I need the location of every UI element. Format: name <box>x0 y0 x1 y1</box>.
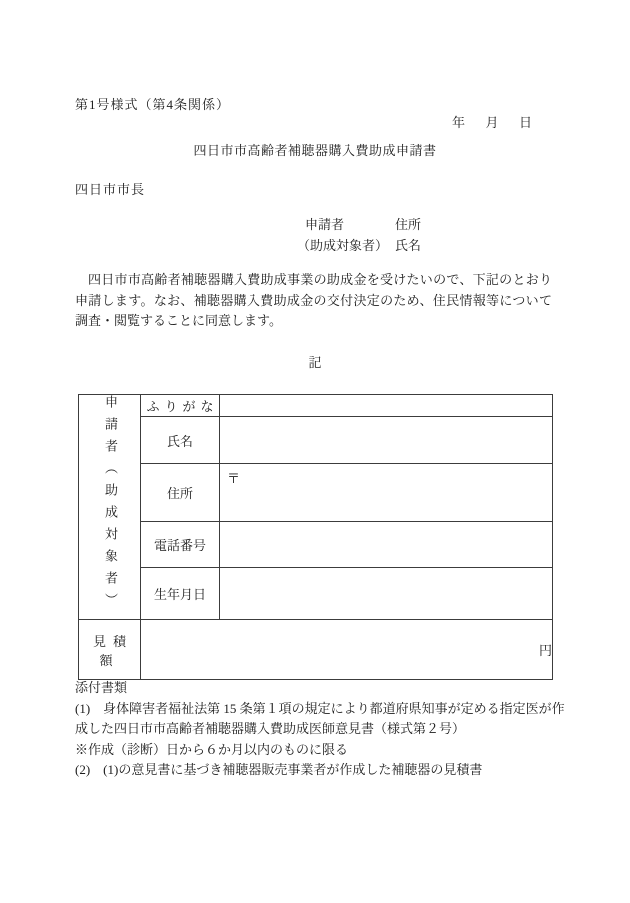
date-day-label: 日 <box>519 112 532 131</box>
attachment-line-4: (2) (1)の意見書に基づき補聴器販売事業者が作成した補聴器の見積書 <box>75 760 565 781</box>
phone-label: 電話番号 <box>141 521 220 568</box>
attachments-heading: 添付書類 <box>75 678 565 699</box>
phone-value-cell <box>220 521 553 568</box>
table-row-phone: 電話番号 <box>79 521 553 568</box>
table-row-name: 氏名 <box>79 417 553 464</box>
date-month-label: 月 <box>485 112 498 131</box>
name-field-label: 氏名 <box>395 235 421 256</box>
address-field-label: 住所 <box>395 214 421 235</box>
furigana-label: ふりがな <box>141 395 220 417</box>
document-title: 四日市市高齢者補聴器購入費助成申請書 <box>0 140 630 159</box>
form-number: 第1号様式（第4条関係） <box>75 94 230 113</box>
table-row-furigana: 申請者（助成対象者） ふりがな <box>79 395 553 417</box>
applicant-row-2: （助成対象者） 氏名 <box>297 235 421 256</box>
furigana-value-cell <box>220 395 553 417</box>
table-row-birthdate: 生年月日 <box>79 568 553 620</box>
birthdate-label: 生年月日 <box>141 568 220 620</box>
address-value-cell: 〒 <box>220 463 553 521</box>
date-line: 年 月 日 <box>452 112 532 131</box>
address-label: 住所 <box>141 463 220 521</box>
application-statement: 四日市市高齢者補聴器購入費助成事業の助成金を受けたいので、下記のとおり申請します… <box>75 270 552 332</box>
applicant-group-label: 申請者（助成対象者） <box>79 395 141 615</box>
ki-heading: 記 <box>0 352 630 371</box>
applicant-row-1: 申請者 住所 <box>297 214 421 235</box>
name-value-cell <box>220 417 553 464</box>
addressee: 四日市市長 <box>75 179 145 198</box>
date-year-label: 年 <box>452 112 465 131</box>
birthdate-value-cell <box>220 568 553 620</box>
attachments-section: 添付書類 (1) 身体障害者福祉法第 15 条第１項の規定により都道府県知事が定… <box>75 678 565 781</box>
subsidy-target-label: （助成対象者） <box>297 235 395 256</box>
estimate-label: 見積額 <box>79 620 141 680</box>
postal-mark: 〒 <box>220 464 552 487</box>
applicant-role-label: 申請者 <box>297 214 395 235</box>
applicant-group-header: 申請者（助成対象者） <box>79 395 141 620</box>
application-form-document: 第1号様式（第4条関係） 年 月 日 四日市市高齢者補聴器購入費助成申請書 四日… <box>0 0 630 903</box>
applicant-details-table: 申請者（助成対象者） ふりがな 氏名 住所 〒 電話番号 生年月日 <box>78 394 553 680</box>
applicant-signature-block: 申請者 住所 （助成対象者） 氏名 <box>297 214 421 256</box>
attachment-line-2: 成した四日市市高齢者補聴器購入費助成医師意見書（様式第２号） <box>75 719 565 740</box>
table-row-address: 住所 〒 <box>79 463 553 521</box>
estimate-amount-cell: 円 <box>141 620 553 680</box>
attachment-line-3: ※作成（診断）日から６か月以内のものに限る <box>75 740 565 761</box>
table-row-estimate: 見積額 円 <box>79 620 553 680</box>
attachment-line-1: (1) 身体障害者福祉法第 15 条第１項の規定により都道府県知事が定める指定医… <box>75 699 565 720</box>
name-label: 氏名 <box>141 417 220 464</box>
